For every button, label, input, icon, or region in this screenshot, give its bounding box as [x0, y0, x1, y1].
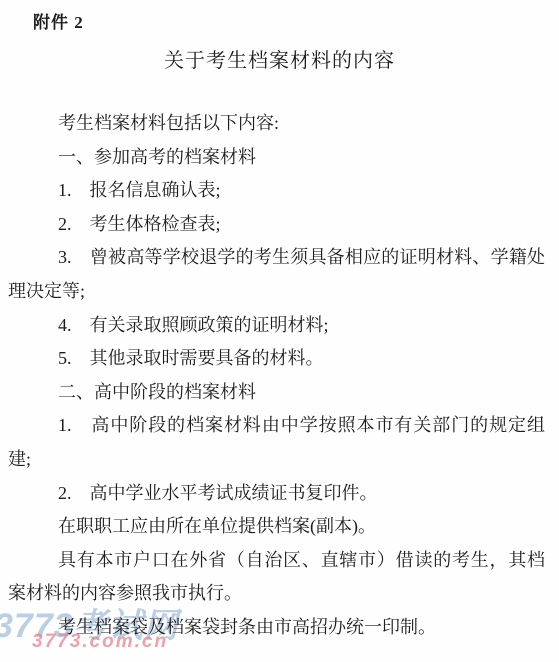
- document-line: 具有本市户口在外省（自治区、直辖市）借读的考生，其档: [8, 544, 545, 578]
- attachment-label: 附件 2: [33, 0, 559, 35]
- document-line: 2. 考生体格检查表;: [8, 208, 545, 242]
- document-line: 考生档案材料包括以下内容:: [8, 107, 545, 141]
- document-title: 关于考生档案材料的内容: [0, 47, 559, 75]
- document-line: 案材料的内容参照我市执行。: [8, 577, 545, 611]
- document-line: 4. 有关录取照顾政策的证明材料;: [8, 309, 545, 343]
- document-line: 在职职工应由所在单位提供档案(副本)。: [8, 510, 545, 544]
- document-line: 建;: [8, 443, 545, 477]
- scanned-document-page: 附件 2 关于考生档案材料的内容 考生档案材料包括以下内容: 一、参加高考的档案…: [0, 0, 559, 662]
- document-line: 二、高中阶段的档案材料: [8, 376, 545, 410]
- document-line: 3. 曾被高等学校退学的考生须具备相应的证明材料、学籍处: [8, 241, 545, 275]
- document-line: 理决定等;: [8, 275, 545, 309]
- document-line: 一、参加高考的档案材料: [8, 141, 545, 175]
- document-line: 1. 报名信息确认表;: [8, 174, 545, 208]
- document-line: 5. 其他录取时需要具备的材料。: [8, 342, 545, 376]
- document-body: 考生档案材料包括以下内容: 一、参加高考的档案材料 1. 报名信息确认表; 2.…: [0, 107, 559, 645]
- document-line: 1. 高中阶段的档案材料由中学按照本市有关部门的规定组: [8, 409, 545, 443]
- document-line: 考生档案袋及档案袋封条由市高招办统一印制。: [8, 611, 545, 645]
- document-line: 2. 高中学业水平考试成绩证书复印件。: [8, 477, 545, 511]
